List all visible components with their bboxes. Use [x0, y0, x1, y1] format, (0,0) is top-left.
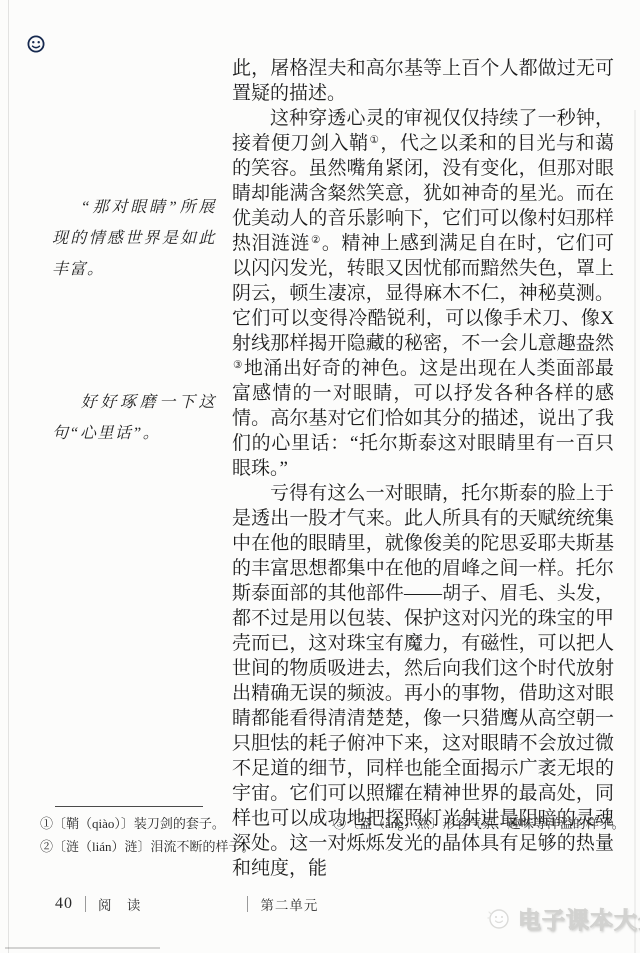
footnote: ③〔盎（àng）然〕形容气氛、趣味等洋溢的样子。 [333, 812, 633, 835]
paragraph: 此，屠格涅夫和高尔基等上百个人都做过无可置疑的描述。 [232, 56, 614, 106]
textbook-page: “那对眼睛”所展现的情感世界是如此丰富。 好好琢磨一下这句“心里话”。 此，屠格… [0, 0, 640, 953]
page-edge-shadow [634, 110, 636, 953]
margin-note: “那对眼睛”所展现的情感世界是如此丰富。 [52, 192, 216, 285]
footnote-divider [55, 806, 203, 807]
scan-artifact-line [5, 947, 160, 949]
watermark-text: 电子课本大全 [518, 902, 640, 935]
footnote: ①〔鞘（qiào）〕装刀剑的套子。 [40, 812, 330, 835]
footnote: ②〔涟（lián）涟〕泪流不断的样子。 [40, 835, 330, 858]
page-spine-line [8, 0, 9, 953]
watermark: 电子课本大全 [486, 902, 640, 935]
footer-divider [247, 896, 248, 912]
unit-label: 第二单元 [260, 894, 318, 914]
margin-note: 好好琢磨一下这句“心里话”。 [52, 387, 216, 449]
paragraph: 这种穿透心灵的审视仅仅持续了一秒钟，接着便刀剑入鞘①，代之以柔和的目光与和蔼的笑… [232, 106, 614, 481]
smiley-face-icon [26, 34, 46, 54]
section-label: 阅 读 [98, 894, 146, 914]
footnotes-left-column: ①〔鞘（qiào）〕装刀剑的套子。 ②〔涟（lián）涟〕泪流不断的样子。 [40, 812, 330, 858]
footer-divider [85, 896, 86, 912]
footnotes-right-column: ③〔盎（àng）然〕形容气氛、趣味等洋溢的样子。 [333, 812, 633, 835]
page-footer: 40 阅 读 第二单元 [55, 894, 318, 914]
page-number: 40 [55, 895, 73, 913]
main-text: 此，屠格涅夫和高尔基等上百个人都做过无可置疑的描述。 这种穿透心灵的审视仅仅持续… [232, 56, 614, 881]
watermark-smiley-icon [486, 906, 511, 931]
